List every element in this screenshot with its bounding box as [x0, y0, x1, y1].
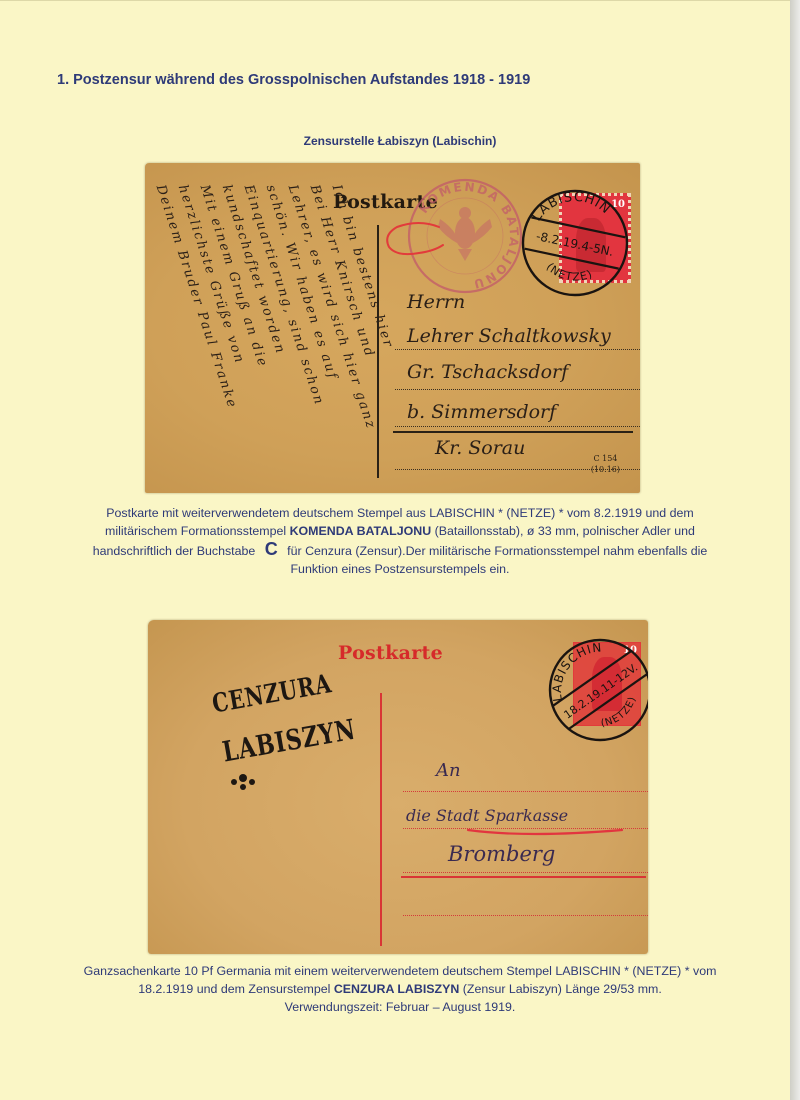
handwritten-c-censor-mark	[379, 221, 449, 261]
caption-card-2: Ganzsachenkarte 10 Pf Germania mit einem…	[70, 962, 730, 1016]
dotted-address-line	[403, 791, 648, 792]
dotted-address-line	[395, 426, 640, 427]
address-line: An	[436, 760, 461, 781]
fleur-ornament-icon	[228, 772, 258, 794]
dotted-address-line	[395, 389, 640, 390]
address-line: Lehrer Schaltkowsky	[407, 325, 611, 347]
divider-line	[377, 225, 379, 478]
address-line: Gr. Tschacksdorf	[407, 361, 568, 383]
page-edge	[790, 0, 800, 1100]
address-line: Kr. Sorau	[435, 437, 525, 459]
address-line: b. Simmersdorf	[407, 401, 556, 423]
postcard-cenzura-labiszyn: Postkarte CENZURA LABISZYN 10	[148, 620, 648, 954]
address-line: Herrn	[407, 291, 465, 313]
address-line: Bromberg	[448, 842, 555, 866]
card-code: C 154 (10.16)	[591, 453, 620, 475]
dotted-address-line	[403, 872, 648, 873]
divider-line	[380, 693, 382, 946]
cenzura-stamp-line2: LABISZYN	[220, 713, 358, 769]
handwritten-message: Ich bin bestens hier Bei Herr Knirsch un…	[155, 183, 365, 483]
solid-address-line	[393, 431, 633, 433]
address-line: die Stadt Sparkasse	[406, 806, 568, 825]
postcard-komenda-bataljonu: Ich bin bestens hier Bei Herr Knirsch un…	[145, 163, 640, 493]
labischin-postmark: LABISCHIN -8.2.19.4-5N. (NETZE)	[515, 183, 635, 303]
dotted-address-line	[403, 915, 648, 916]
labischin-postmark: LABISCHIN 18.2.19.11-12V. (NETZE)	[540, 630, 648, 750]
cenzura-stamp-line1: CENZURA	[210, 669, 334, 720]
caption-card-1: Postkarte mit weiterverwendetem deutsche…	[70, 504, 730, 578]
page-subtitle: Zensurstelle Łabiszyn (Labischin)	[0, 134, 790, 148]
album-page: 1. Postzensur während des Grosspolnische…	[0, 0, 790, 1100]
solid-address-line	[401, 876, 646, 878]
red-underline-mark	[466, 826, 626, 840]
dotted-address-line	[395, 349, 640, 350]
page-title: 1. Postzensur während des Grosspolnische…	[57, 72, 530, 88]
postkarte-header: Postkarte	[338, 642, 443, 664]
